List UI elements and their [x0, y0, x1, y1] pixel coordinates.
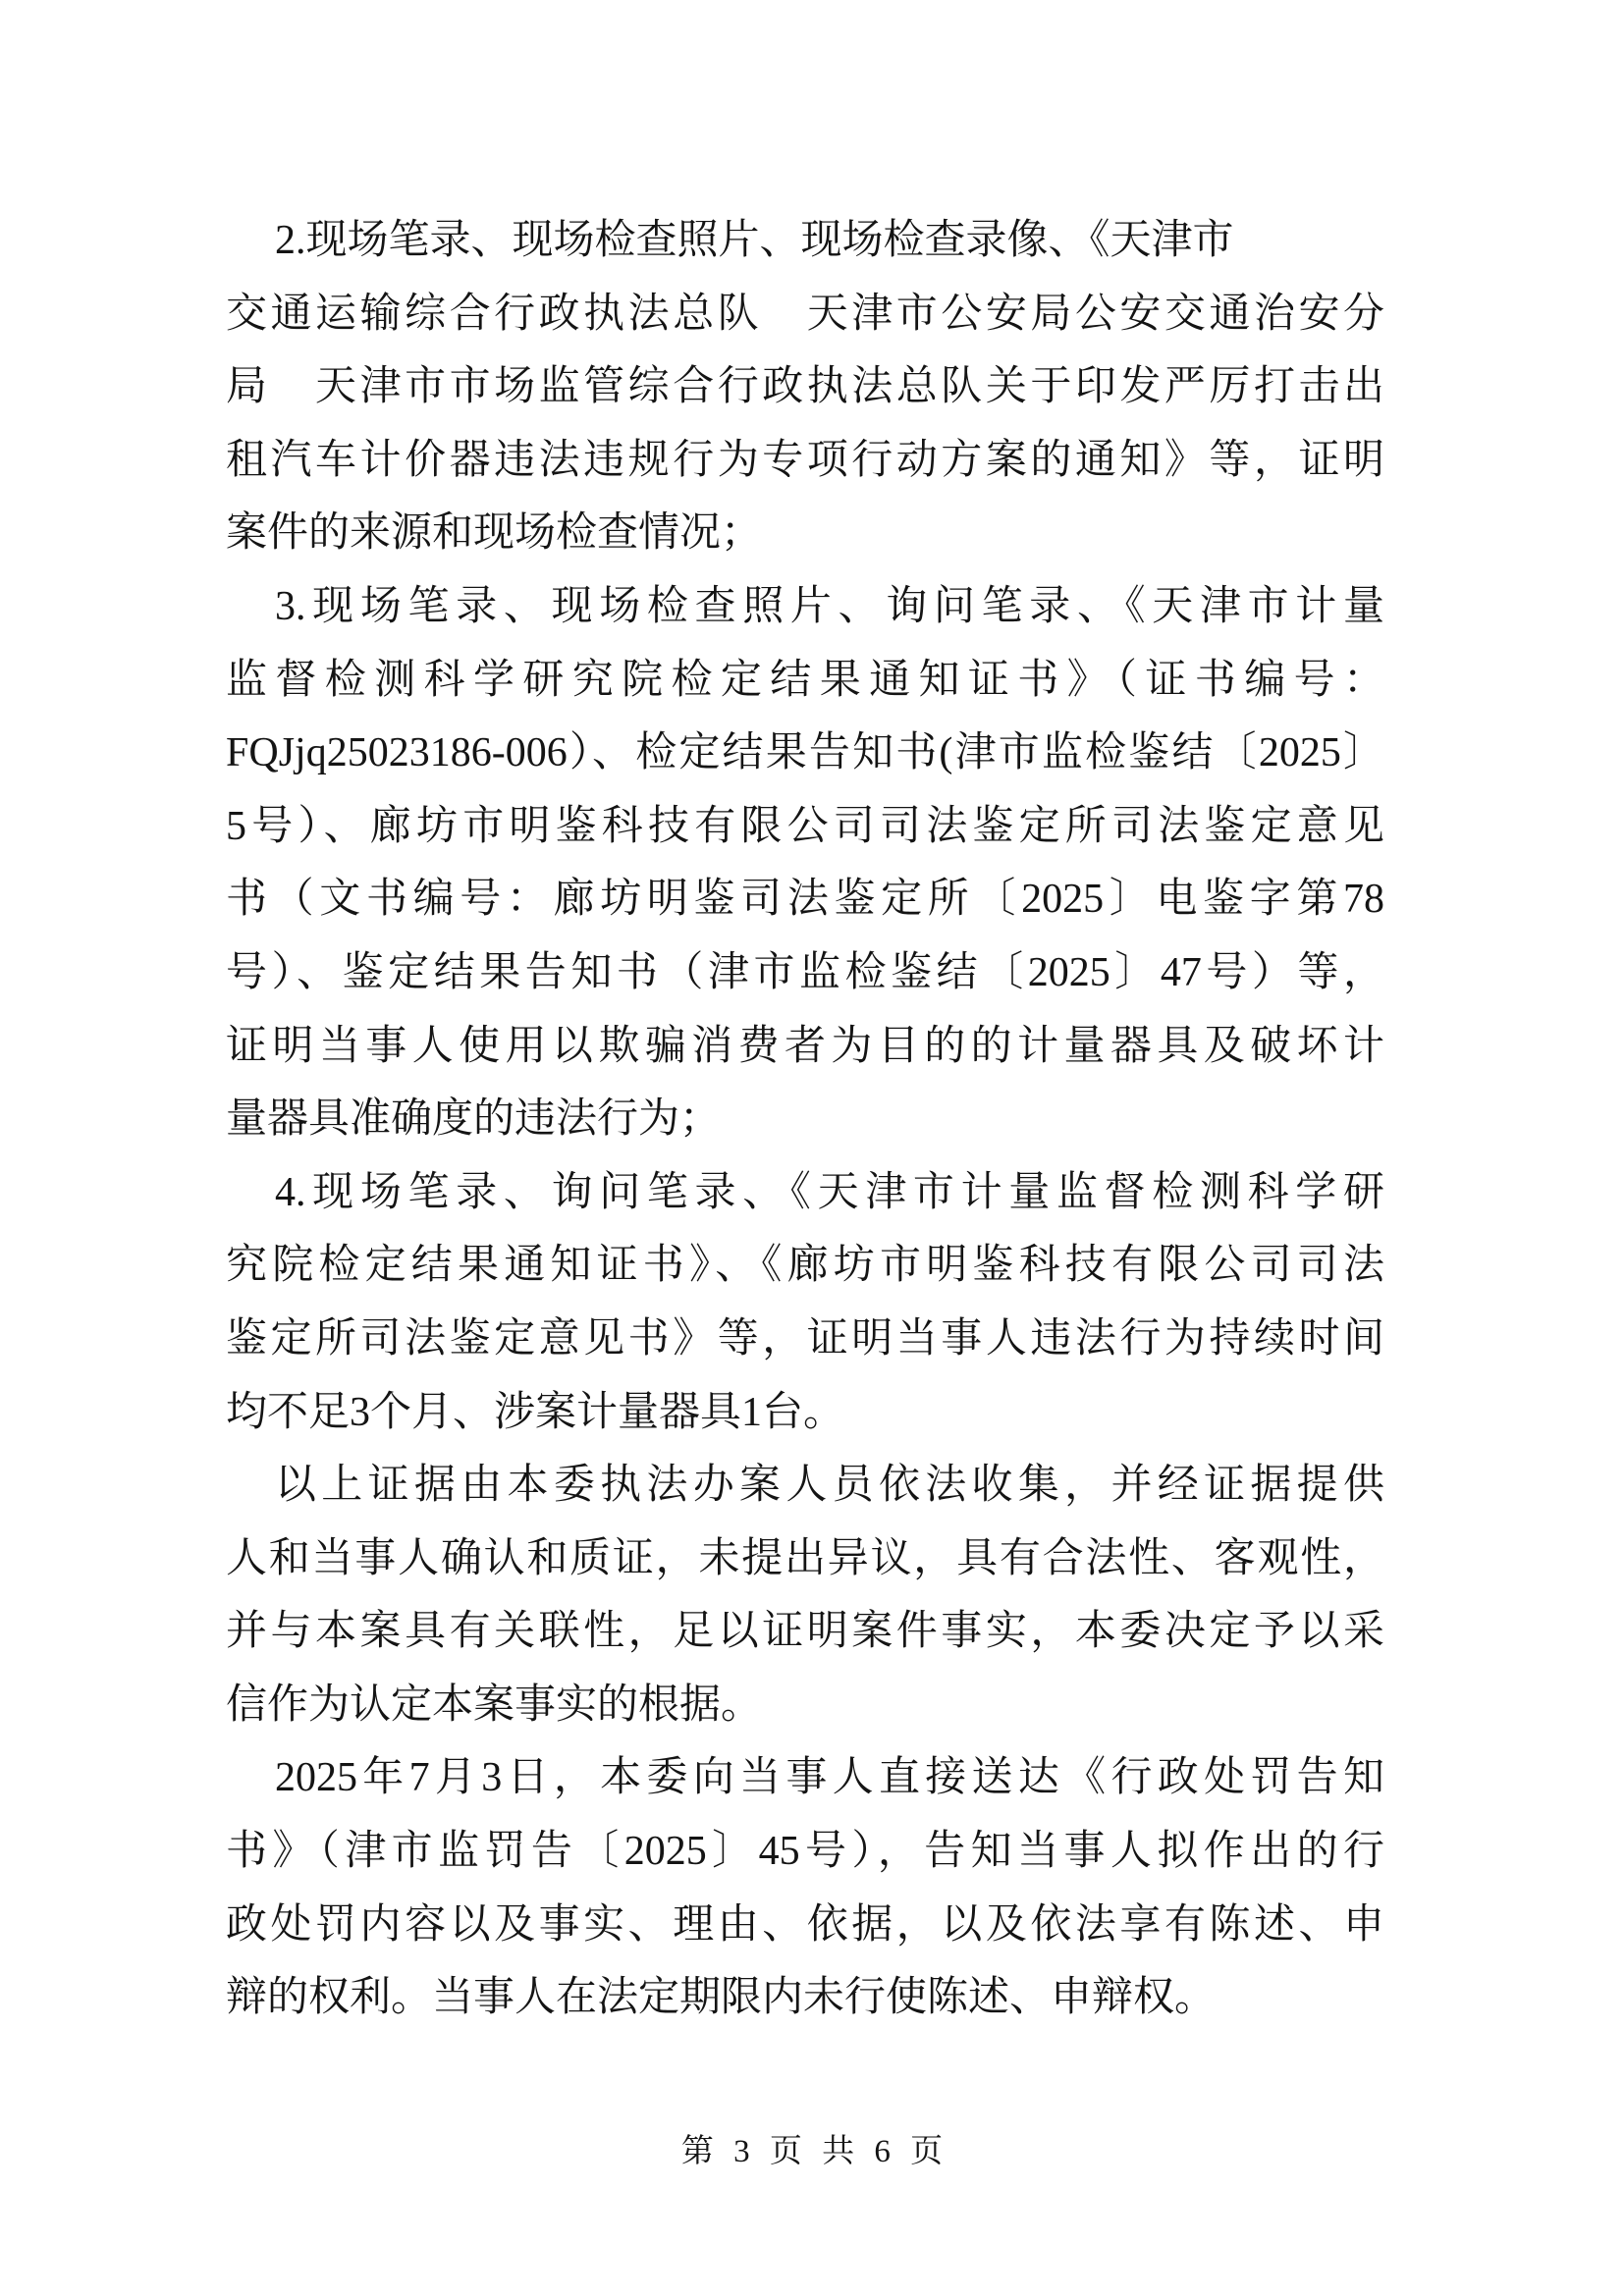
text-line: 2025年7月3日，本委向当事人直接送达《行政处罚告知 — [226, 1741, 1384, 1815]
text-line: 信作为认定本案事实的根据。 — [226, 1669, 1384, 1742]
text-line: 号）、鉴定结果告知书（津市监检鉴结〔2025〕47号）等， — [226, 936, 1384, 1010]
text-line: 书》（津市监罚告〔2025〕45号），告知当事人拟作出的行 — [226, 1815, 1384, 1889]
text-line: 交通运输综合行政执法总队 天津市公安局公安交通治安分 — [226, 278, 1384, 351]
document-body-text: 2.现场笔录、现场检查照片、现场检查录像、《天津市 交通运输综合行政执法总队 天… — [226, 204, 1384, 2035]
text-line: 人和当事人确认和质证，未提出异议，具有合法性、客观性， — [226, 1522, 1384, 1596]
text-line: 究院检定结果通知证书》、《廊坊市明鉴科技有限公司司法 — [226, 1229, 1384, 1303]
text-line: 书（文书编号：廊坊明鉴司法鉴定所〔2025〕电鉴字第78 — [226, 863, 1384, 936]
text-line: 辩的权利。当事人在法定期限内未行使陈述、申辩权。 — [226, 1961, 1384, 2035]
text-line: 以上证据由本委执法办案人员依法收集，并经证据提供 — [226, 1449, 1384, 1522]
text-line: 并与本案具有关联性，足以证明案件事实，本委决定予以采 — [226, 1595, 1384, 1669]
text-line: 5号）、廊坊市明鉴科技有限公司司法鉴定所司法鉴定意见 — [226, 790, 1384, 864]
text-line: 鉴定所司法鉴定意见书》等，证明当事人违法行为持续时间 — [226, 1303, 1384, 1376]
page-footer: 第 3 页 共 6 页 — [0, 2128, 1624, 2175]
text-line: 案件的来源和现场检查情况； — [226, 497, 1384, 570]
text-line: 监督检测科学研究院检定结果通知证书》（证书编号： — [226, 644, 1384, 718]
document-page: 2.现场笔录、现场检查照片、现场检查录像、《天津市 交通运输综合行政执法总队 天… — [0, 0, 1624, 2296]
text-line: 均不足3个月、涉案计量器具1台。 — [226, 1376, 1384, 1450]
text-line: 证明当事人使用以欺骗消费者为目的的计量器具及破坏计 — [226, 1010, 1384, 1084]
text-line: 政处罚内容以及事实、理由、依据，以及依法享有陈述、申 — [226, 1889, 1384, 1962]
text-line: 3.现场笔录、现场检查照片、询问笔录、《天津市计量 — [226, 570, 1384, 644]
text-line: 量器具准确度的违法行为； — [226, 1083, 1384, 1156]
text-line: FQJjq25023186-006）、检定结果告知书(津市监检鉴结〔2025〕 — [226, 717, 1384, 790]
text-line: 租汽车计价器违法违规行为专项行动方案的通知》等，证明 — [226, 424, 1384, 498]
text-line: 2.现场笔录、现场检查照片、现场检查录像、《天津市 — [226, 204, 1384, 278]
text-line: 4.现场笔录、询问笔录、《天津市计量监督检测科学研 — [226, 1156, 1384, 1230]
text-line: 局 天津市市场监管综合行政执法总队关于印发严厉打击出 — [226, 350, 1384, 424]
